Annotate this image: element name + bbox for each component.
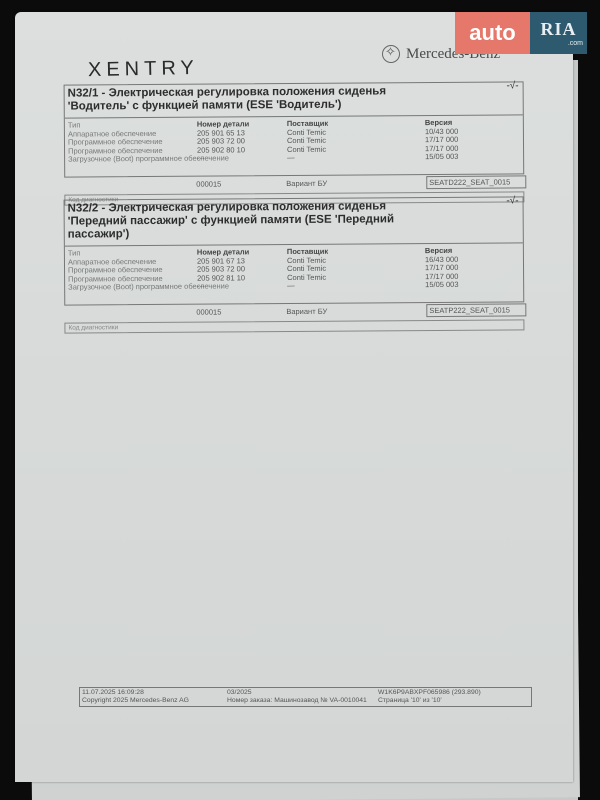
diagnostic-code: 000015: [196, 180, 221, 189]
print-datetime: 11.07.2025 16:09:28: [82, 689, 144, 696]
watermark-ria-text: RIA: [540, 19, 576, 40]
ecu-section-n32-1: N32/1 - Электрическая регулировка положе…: [64, 81, 525, 205]
watermark-suffix: .com: [568, 40, 583, 47]
check-mark-icon: -√-: [506, 195, 518, 206]
ecu-info-table: Тип Аппаратное обеспечение Программное о…: [65, 243, 523, 304]
mercedes-star-icon: [382, 45, 400, 63]
column-part-number: Номер детали 205 901 67 13 205 903 72 00…: [197, 248, 250, 291]
diagnostic-code: 000015: [196, 308, 221, 317]
cell: 15/05 003: [425, 281, 458, 290]
ecu-variant: SEATD222_SEAT_0015: [426, 175, 526, 189]
cell: ---: [197, 154, 249, 163]
ecu-variant: SEATP222_SEAT_0015: [426, 303, 526, 317]
vin: W1K6P9ABXPF065986 (293.890): [378, 689, 481, 696]
autoria-watermark: auto RIA .com: [455, 12, 587, 54]
watermark-ria: RIA .com: [530, 12, 587, 54]
variant-label: Вариант БУ: [286, 179, 327, 188]
title-line-2: 'Водитель' с функцией памяти (ESE 'Водит…: [68, 97, 519, 113]
column-supplier: Поставщик Conti Temic Conti Temic Conti …: [287, 248, 328, 291]
cell: 15/05 003: [425, 153, 458, 162]
page-footer: 11.07.2025 16:09:28 Copyright 2025 Merce…: [79, 687, 532, 707]
page-number: Страница '10' из '10': [378, 697, 442, 704]
cell: —: [287, 282, 328, 291]
software-version: 03/2025: [227, 689, 252, 696]
cell: —: [287, 154, 328, 163]
order-number: Номер заказа: Машинозавод № VA-0010041: [227, 697, 367, 704]
column-version: Версия 10/43 000 17/17 000 17/17 000 15/…: [425, 119, 459, 162]
section-footer: 000015 Вариант БУ SEATP222_SEAT_0015: [64, 305, 524, 320]
copyright: Copyright 2025 Mercedes-Benz AG: [82, 697, 189, 704]
column-part-number: Номер детали 205 901 65 13 205 903 72 00…: [197, 120, 250, 163]
column-supplier: Поставщик Conti Temic Conti Temic Conti …: [287, 120, 328, 163]
ecu-section-n32-2: N32/2 - Электрическая регулировка положе…: [64, 196, 525, 333]
section-footer: 000015 Вариант БУ SEATD222_SEAT_0015: [64, 177, 524, 192]
check-mark-icon: -√-: [506, 80, 518, 91]
ecu-info-table: Тип Аппаратное обеспечение Программное о…: [65, 115, 523, 176]
watermark-auto: auto: [455, 12, 530, 54]
column-version: Версия 16/43 000 17/17 000 17/17 000 15/…: [425, 247, 459, 290]
cell: ---: [197, 282, 249, 291]
variant-label: Вариант БУ: [286, 307, 327, 316]
xentry-logo: XENTRY: [88, 57, 199, 82]
section-title: N32/1 - Электрическая регулировка положе…: [65, 82, 523, 118]
section-title: N32/2 - Электрическая регулировка положе…: [65, 197, 523, 246]
